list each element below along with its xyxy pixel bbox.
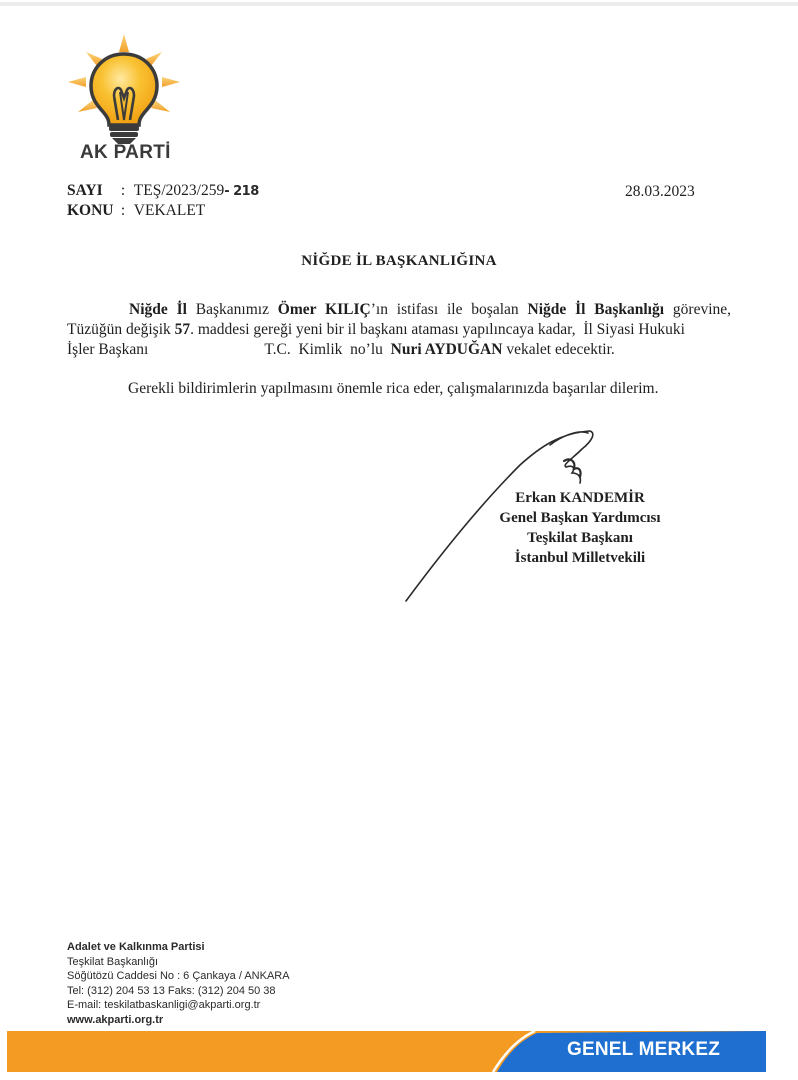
sayi-value: TEŞ/2023/259 xyxy=(134,182,224,199)
signatory-block: Erkan KANDEMİR Genel Başkan Yardımcısı T… xyxy=(480,488,680,568)
recipient-heading: NİĞDE İL BAŞKANLIĞINA xyxy=(0,253,798,270)
footer-dept: Teşkilat Başkanlığı xyxy=(67,955,290,970)
footer-email[interactable]: E-mail: teskilatbaskanligi@akparti.org.t… xyxy=(67,998,290,1013)
text-run: Tüzüğün değişik xyxy=(67,321,175,338)
bold-text-run: 57 xyxy=(175,321,191,338)
text-run: . maddesi gereği yeni bir il başkanı ata… xyxy=(190,321,685,338)
signatory-title-3: İstanbul Milletvekili xyxy=(480,548,680,568)
footer-contact: Adalet ve Kalkınma Partisi Teşkilat Başk… xyxy=(67,940,290,1027)
bold-text-run: Ömer KILIÇ xyxy=(278,301,371,318)
body-line-3: İşler Başkanı T.C. Kimlik no’lu Nuri AYD… xyxy=(67,340,731,360)
lightbulb-icon xyxy=(64,30,184,145)
text-run: vekalet edecektir. xyxy=(502,341,614,358)
sayi-label: SAYI xyxy=(67,181,117,200)
konu-separator: : xyxy=(121,202,125,219)
top-rule xyxy=(0,2,798,6)
footer-website[interactable]: www.akparti.org.tr xyxy=(67,1013,290,1028)
body-line-2: Tüzüğün değişik 57. maddesi gereği yeni … xyxy=(67,320,731,340)
signatory-title-1: Genel Başkan Yardımcısı xyxy=(480,508,680,528)
text-run: T.C. Kimlik no’lu xyxy=(148,341,390,358)
ak-parti-logo: AK PARTİ xyxy=(64,30,184,170)
footer-phone: Tel: (312) 204 53 13 Faks: (312) 204 50 … xyxy=(67,984,290,999)
text-run: Başkanımız xyxy=(187,301,278,318)
text-run: görevine, xyxy=(664,301,731,318)
sayi-separator: : xyxy=(121,182,125,199)
sayi-row: SAYI : TEŞ/2023/259- 218 xyxy=(67,181,259,201)
bold-text-run: Niğde İl Başkanlığı xyxy=(528,301,665,318)
closing-sentence: Gerekli bildirimlerin yapılmasını önemle… xyxy=(128,380,658,398)
konu-label: KONU xyxy=(67,201,117,220)
bold-text-run: Nuri AYDUĞAN xyxy=(391,341,503,358)
footer-org: Adalet ve Kalkınma Partisi xyxy=(67,940,290,955)
footer-address: Söğütözü Caddesi No : 6 Çankaya / ANKARA xyxy=(67,969,290,984)
document-meta: SAYI : TEŞ/2023/259- 218 KONU : VEKALET xyxy=(67,181,259,220)
logo-wordmark: AK PARTİ xyxy=(80,142,171,164)
body-paragraph: Niğde İl Başkanımız Ömer KILIÇ’ın istifa… xyxy=(67,300,731,360)
text-run: İşler Başkanı xyxy=(67,341,148,358)
body-line-1: Niğde İl Başkanımız Ömer KILIÇ’ın istifa… xyxy=(67,300,731,320)
text-run: ’ın istifası ile boşalan xyxy=(371,301,528,318)
konu-row: KONU : VEKALET xyxy=(67,201,259,220)
signatory-title-2: Teşkilat Başkanı xyxy=(480,528,680,548)
bold-text-run: Niğde İl xyxy=(129,301,187,318)
genel-merkez-label: GENEL MERKEZ xyxy=(567,1039,720,1061)
signatory-name: Erkan KANDEMİR xyxy=(480,488,680,508)
sayi-handwritten-number: - 218 xyxy=(224,184,259,199)
document-date: 28.03.2023 xyxy=(625,183,695,201)
konu-value: VEKALET xyxy=(134,202,205,219)
